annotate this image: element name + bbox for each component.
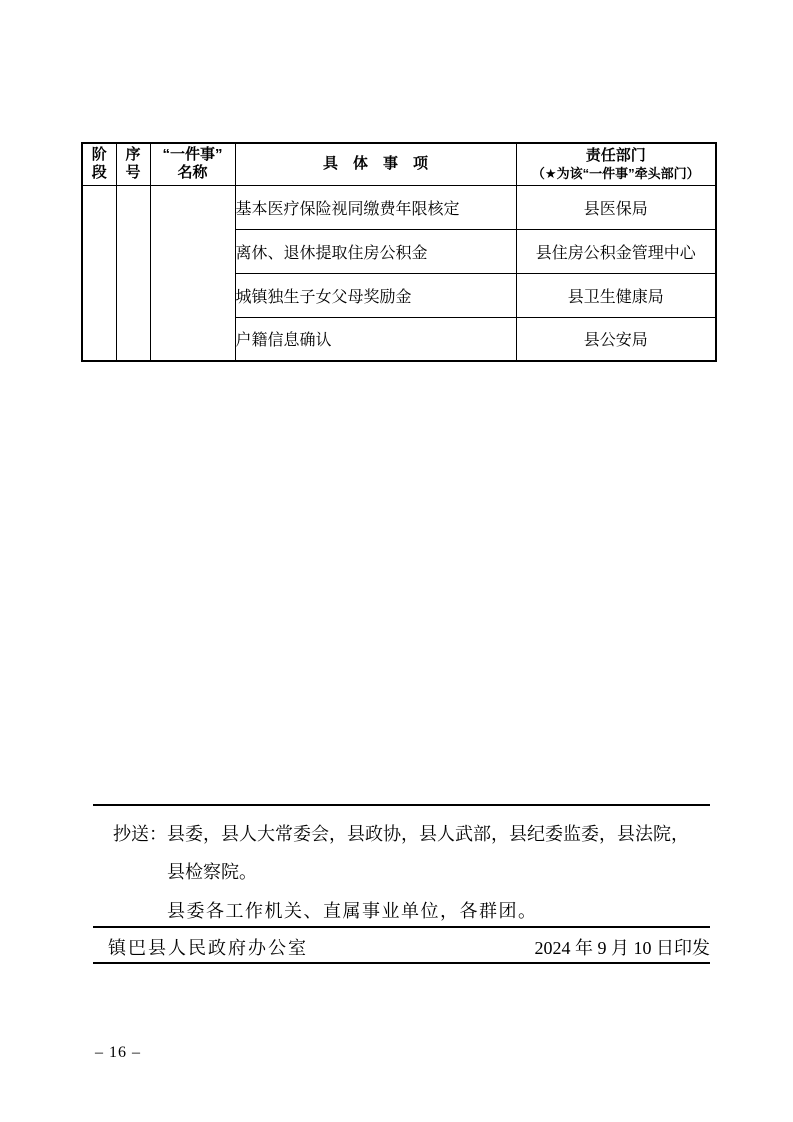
dept-cell: 县公安局 — [516, 317, 716, 361]
publisher-bottom-divider — [93, 962, 710, 964]
publisher-top-divider — [93, 926, 710, 928]
header-cell-stage: 阶 段 — [82, 143, 116, 185]
item-cell: 离休、退休提取住房公积金 — [235, 229, 516, 273]
matters-table: 阶 段 序 号 “一件事” 名称 具 体 事 项 责任部门 （★为该“一件事”牵… — [81, 142, 717, 362]
stage-merged-cell — [82, 185, 116, 361]
print-date: 2024 年 9 月 10 日印发 — [535, 934, 711, 960]
publisher-office: 镇巴县人民政府办公室 — [108, 934, 308, 960]
dept-cell: 县住房公积金管理中心 — [516, 229, 716, 273]
name-merged-cell — [150, 185, 235, 361]
header-dept-line2: （★为该“一件事”牵头部门） — [517, 166, 716, 182]
item-cell: 城镇独生子女父母奖励金 — [235, 273, 516, 317]
cc-line-2: 县检察院。 — [167, 858, 257, 884]
dept-cell: 县卫生健康局 — [516, 273, 716, 317]
item-cell: 户籍信息确认 — [235, 317, 516, 361]
document-page: 阶 段 序 号 “一件事” 名称 具 体 事 项 责任部门 （★为该“一件事”牵… — [0, 0, 793, 1122]
dept-cell: 县医保局 — [516, 185, 716, 229]
cc-list-part1: 县委，县人大常委会，县政协，县人武部，县纪委监委，县法院， — [167, 824, 689, 844]
table-row: 基本医疗保险视同缴费年限核定 县医保局 — [82, 185, 716, 229]
number-merged-cell — [116, 185, 150, 361]
header-name-line2: 名称 — [151, 164, 235, 183]
header-stage-line2: 段 — [83, 164, 116, 183]
page-number: – 16 – — [95, 1044, 141, 1062]
header-cell-dept: 责任部门 （★为该“一件事”牵头部门） — [516, 143, 716, 185]
header-cell-number: 序 号 — [116, 143, 150, 185]
cc-line-3: 县委各工作机关、直属事业单位，各群团。 — [167, 897, 538, 923]
header-name-line1: “一件事” — [151, 146, 235, 165]
item-cell: 基本医疗保险视同缴费年限核定 — [235, 185, 516, 229]
table-header-row: 阶 段 序 号 “一件事” 名称 具 体 事 项 责任部门 （★为该“一件事”牵… — [82, 143, 716, 185]
cc-line-1: 抄送：县委，县人大常委会，县政协，县人武部，县纪委监委，县法院， — [113, 820, 689, 846]
header-cell-item: 具 体 事 项 — [235, 143, 516, 185]
header-cell-name: “一件事” 名称 — [150, 143, 235, 185]
cc-top-divider — [93, 804, 710, 806]
header-dept-line1: 责任部门 — [517, 147, 716, 166]
cc-label: 抄送： — [113, 824, 167, 844]
header-number-line2: 号 — [117, 164, 150, 183]
header-item-label: 具 体 事 项 — [236, 155, 516, 174]
header-number-line1: 序 — [117, 146, 150, 165]
header-stage-line1: 阶 — [83, 146, 116, 165]
